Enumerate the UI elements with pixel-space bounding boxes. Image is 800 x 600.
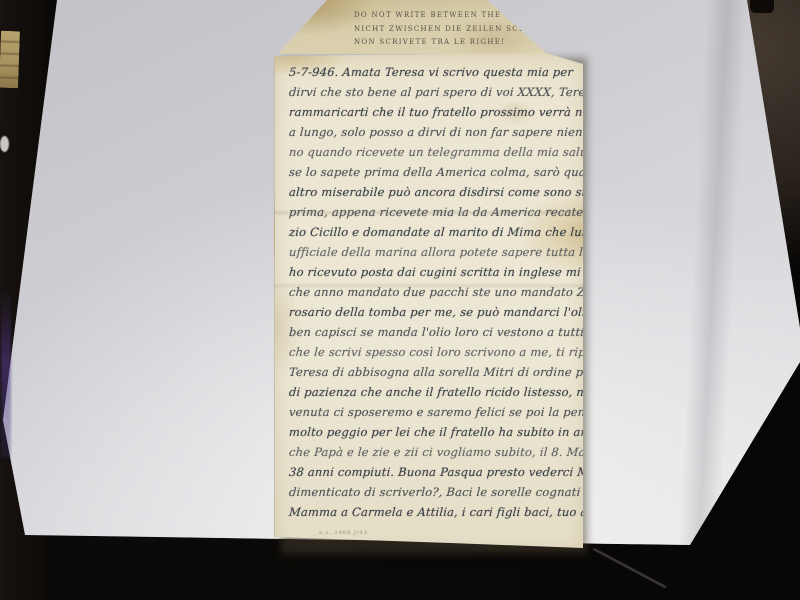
handwritten-line: che le scrivi spesso così loro scrivono … (274, 342, 583, 362)
photo-of-letter: DO NOT WRITE BETWEEN THE LINES. NICHT ZW… (0, 0, 800, 600)
handwritten-line: Teresa di abbisogna alla sorella Mitri d… (274, 362, 583, 382)
handwritten-line: se lo sapete prima della America colma, … (274, 162, 583, 182)
handwritten-line: 5-7-946. Amata Teresa vi scrivo questa m… (274, 62, 583, 82)
handwritten-line: venuta ci sposeremo e saremo felici se p… (274, 402, 583, 422)
warning-line: NICHT ZWISCHEN DIE ZEILEN SCHREIBEN! (354, 23, 550, 37)
handwritten-line: ben capisci se manda l'olio loro ci vest… (274, 322, 583, 342)
handwritten-line: zio Cicillo e domandate al marito di Mim… (274, 222, 583, 242)
handwritten-line: rammaricarti che il tuo fratello prossim… (274, 102, 583, 122)
warning-text: DO NOT WRITE BETWEEN THE LINES. NICHT ZW… (276, 0, 550, 50)
handwritten-line: 38 anni compiuti. Buona Pasqua presto ve… (274, 462, 583, 482)
handwritten-line: che Papà e le zie e zii ci vogliamo subi… (274, 442, 583, 462)
handwritten-line: a lungo, solo posso a dirvi di non far s… (274, 122, 583, 142)
handwritten-line: prima, appena ricevete mia la da America… (274, 202, 583, 222)
letter-sheet: 5-7-946. Amata Teresa vi scrivo questa m… (274, 53, 583, 553)
handwritten-line: altro miserabile può ancora disdirsi com… (274, 182, 583, 202)
handwritten-line: che anno mandato due pacchi ste uno mand… (274, 282, 583, 302)
handwritten-line: dirvi che sto bene al pari spero di voi … (274, 82, 583, 102)
warning-line: NON SCRIVETE TRA LE RIGHE! (354, 36, 550, 50)
handwritten-line: ufficiale della marina allora potete sap… (274, 242, 583, 262)
handwritten-line: rosario della tomba per me, se può manda… (274, 302, 583, 322)
handwritten-line: ho ricevuto posta dai cugini scritta in … (274, 262, 583, 282)
printers-mark: a.c. 2866 J/43 (319, 530, 368, 536)
handwritten-line: molto peggio per lei che il fratello ha … (274, 422, 583, 442)
handwritten-line: di pazienza che anche il fratello ricido… (274, 382, 583, 402)
handwritten-line: Mamma a Carmela e Attilia, i cari figli … (274, 502, 583, 522)
warning-line: DO NOT WRITE BETWEEN THE LINES. (354, 9, 550, 23)
letter: DO NOT WRITE BETWEEN THE LINES. NICHT ZW… (0, 0, 800, 600)
envelope-flap: DO NOT WRITE BETWEEN THE LINES. NICHT ZW… (276, 0, 550, 54)
handwritten-line: dimenticato di scriverlo?, Baci le sorel… (274, 482, 583, 502)
handwritten-line: no quando ricevete un telegramma della m… (274, 142, 583, 162)
